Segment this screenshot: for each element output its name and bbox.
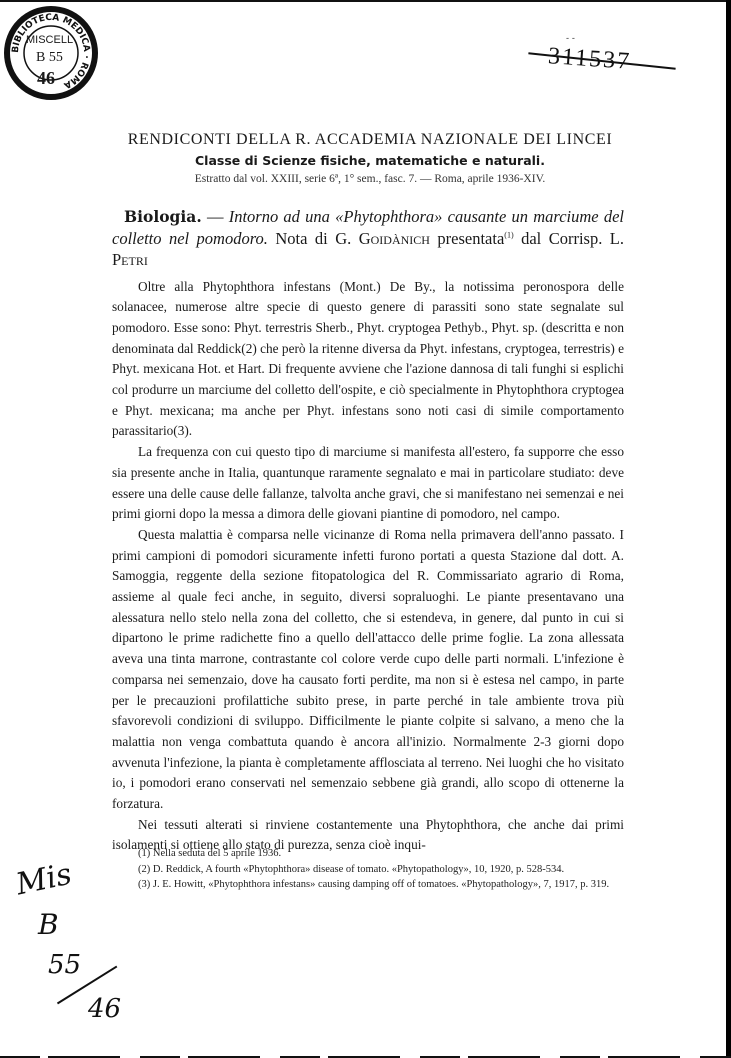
journal-header: RENDICONTI DELLA R. ACCADEMIA NAZIONALE …	[110, 130, 630, 187]
paragraph: La frequenza con cui questo tipo di marc…	[112, 442, 624, 525]
footnote-ref-1: (1)	[504, 230, 513, 239]
scan-border-right	[726, 0, 731, 1058]
stamp-shelf: B 55	[36, 50, 63, 66]
journal-extract-line: Estratto dal vol. XXIII, serie 6ª, 1° se…	[110, 171, 630, 187]
stamp-label: MISCELL	[26, 34, 73, 46]
handwritten-note: 55	[48, 950, 81, 980]
footnote: (1) Nella seduta del 5 aprile 1936.	[112, 846, 624, 862]
handwritten-note: 46	[88, 994, 121, 1024]
author-name: Goidànich	[359, 229, 430, 248]
corresp-name: Petri	[112, 250, 148, 269]
paragraph: Questa malattia è comparsa nelle vicinan…	[112, 525, 624, 815]
stamp-number: 46	[37, 68, 55, 89]
library-stamp: BIBLIOTECA MEDICA · ROMA MISCELL B 55 46	[4, 6, 98, 100]
article-field: Biologia.	[124, 207, 202, 226]
article-body: Biologia. — Intorno ad una «Phytophthora…	[112, 206, 624, 856]
footnote: (2) D. Reddick, A fourth «Phytophthora» …	[112, 862, 624, 878]
handwritten-note: B	[38, 908, 59, 941]
journal-title: RENDICONTI DELLA R. ACCADEMIA NAZIONALE …	[110, 130, 630, 150]
note-by: Nota di G.	[268, 229, 359, 248]
journal-class: Classe di Scienze fisiche, matematiche e…	[110, 152, 630, 170]
handwritten-note: Mis	[13, 857, 75, 903]
paragraph: Oltre alla Phytophthora infestans (Mont.…	[112, 277, 624, 443]
corresp-label: dal Corrisp. L.	[514, 229, 624, 248]
scan-border-top	[0, 0, 731, 2]
corner-mark: - -	[566, 34, 575, 44]
title-dash: —	[202, 207, 229, 226]
presented-label: presentata	[430, 229, 504, 248]
article-title: Biologia. — Intorno ad una «Phytophthora…	[112, 206, 624, 271]
footnotes: (1) Nella seduta del 5 aprile 1936. (2) …	[112, 846, 624, 893]
footnote: (3) J. E. Howitt, «Phytophthora infestan…	[112, 877, 624, 893]
